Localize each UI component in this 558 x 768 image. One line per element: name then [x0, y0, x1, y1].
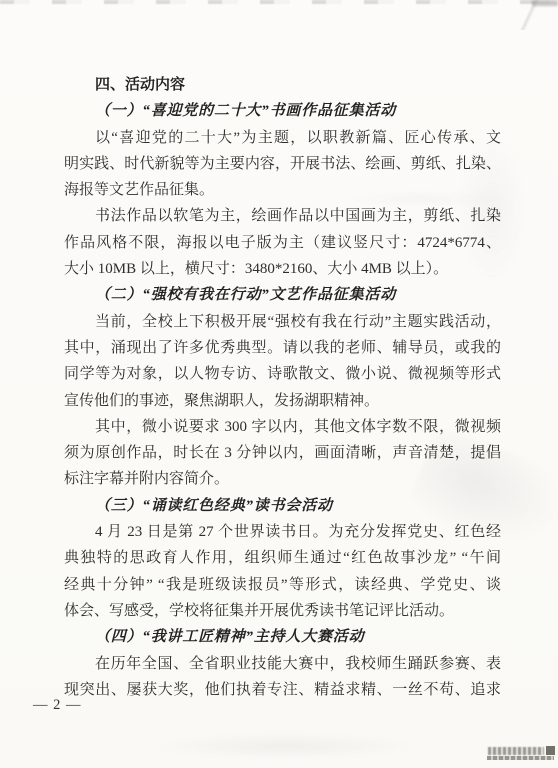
watermark-logo-icon: [546, 746, 555, 755]
text-line: （一）“喜迎党的二十大”书画作品征集活动: [64, 98, 501, 124]
scan-edge-artifact: [0, 0, 558, 4]
text-line: 大小 10MB 以上，横尺寸：3480*2160、大小 4MB 以上）。: [64, 256, 501, 282]
text-line: 在历年全国、全省职业技能大赛中，我校师生踊跃参赛、表: [64, 651, 501, 677]
text-line: 书法作品以软笔为主，绘画作品以中国画为主，剪纸、扎染: [64, 203, 501, 229]
text-line: 明实践、时代新貌等为主要内容，开展书法、绘画、剪纸、扎染、: [64, 151, 501, 177]
text-line: 宣传他们的事迹，聚焦湖职人，发扬湖职精神。: [64, 388, 501, 414]
text-line: 须为原创作品，时长在 3 分钟以内，画面清晰，声音清楚，提倡: [64, 440, 501, 466]
text-line: 以“喜迎党的二十大”为主题，以职教新篇、匠心传承、文: [64, 125, 501, 151]
text-line: 同学等为对象，以人物专访、诗歌散文、微小说、微视频等形式: [64, 361, 501, 387]
watermark-stamp: [487, 746, 555, 760]
page-corner-fold: [502, 0, 558, 30]
watermark-row: [487, 746, 555, 755]
watermark-text: [488, 747, 544, 755]
text-line: （三）“诵读红色经典”读书会活动: [64, 493, 501, 519]
text-line: 现突出、屡获大奖，他们执着专注、精益求精、一丝不苟、追求: [64, 677, 501, 703]
text-line: 其中，涌现出了许多优秀典型。请以我的老师、辅导员，或我的: [64, 335, 501, 361]
text-line: 当前，全校上下积极开展“强校有我在行动”主题实践活动，: [64, 309, 501, 335]
text-line: 体会、写感受，学校将征集并开展优秀读书笔记评比活动。: [64, 598, 501, 624]
text-line: （四）“我讲工匠精神”主持人大赛活动: [64, 624, 501, 650]
text-line: 作品风格不限，海报以电子版为主（建议竖尺寸：4724*6774、: [64, 230, 501, 256]
text-line: 经典十分钟” “我是班级读报员”等形式，读经典、学党史、谈: [64, 572, 501, 598]
text-line: 4 月 23 日是第 27 个世界读书日。为充分发挥党史、红色经: [64, 519, 501, 545]
text-line: 海报等文艺作品征集。: [64, 177, 501, 203]
text-line: 四、活动内容: [64, 72, 501, 98]
text-line: （二）“强校有我在行动”文艺作品征集活动: [64, 282, 501, 308]
text-line: 标注字幕并附内容简介。: [64, 466, 501, 492]
watermark-bar: [487, 756, 554, 760]
text-line: 典独特的思政育人作用，组织师生通过“红色故事沙龙” “午间: [64, 545, 501, 571]
document-body: 四、活动内容（一）“喜迎党的二十大”书画作品征集活动以“喜迎党的二十大”为主题，…: [64, 72, 501, 703]
page-number: — 2 —: [33, 697, 82, 714]
scan-smudge: [150, 733, 420, 759]
text-line: 其中，微小说要求 300 字以内，其他文体字数不限，微视频: [64, 414, 501, 440]
scanned-document-page: 四、活动内容（一）“喜迎党的二十大”书画作品征集活动以“喜迎党的二十大”为主题，…: [0, 0, 558, 768]
